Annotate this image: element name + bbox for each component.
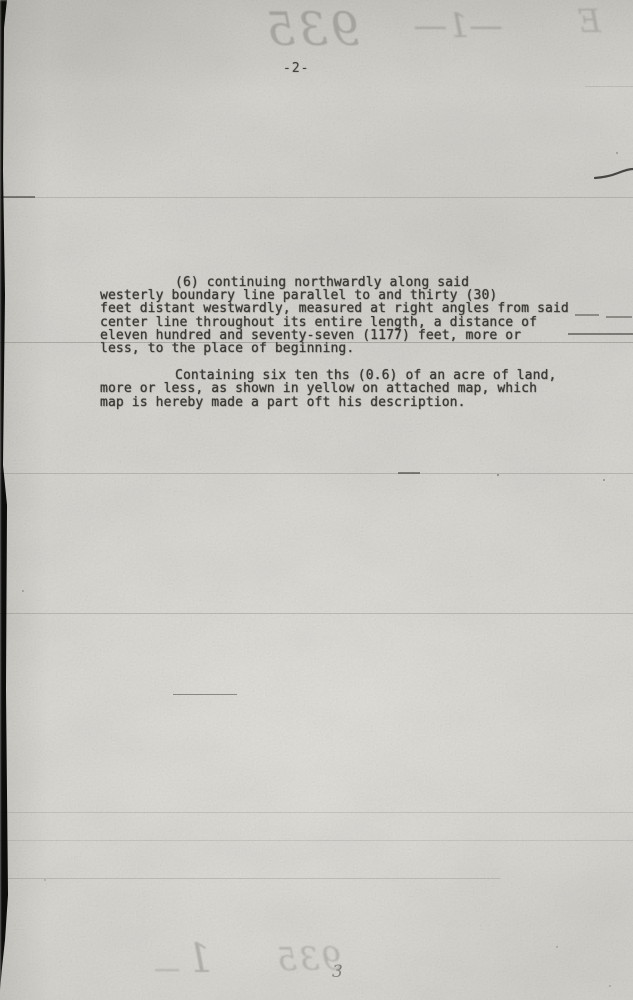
crease-line xyxy=(0,878,500,879)
speck xyxy=(44,879,46,881)
bleed-through-bottom: 935 1 — xyxy=(130,936,410,998)
typed-line: map is hereby made a part oft his descri… xyxy=(100,396,580,409)
bleed-letter: E xyxy=(578,2,601,40)
typed-line: feet distant westwardly, measured at rig… xyxy=(100,302,580,315)
typed-line: center line throughout its entire length… xyxy=(100,316,580,329)
scanned-document-page: E —1— 935 -2- (6) continuing northwardly… xyxy=(0,0,633,1000)
speck xyxy=(556,946,558,948)
bleed-dash-number: —1— xyxy=(413,6,503,46)
bleed-small-digit: 3 xyxy=(332,962,343,982)
crease-line xyxy=(0,840,633,841)
crease-mark xyxy=(173,694,237,695)
speck xyxy=(609,985,611,987)
speck xyxy=(603,479,605,481)
page-number: -2- xyxy=(283,61,309,76)
crease-mark xyxy=(606,316,632,318)
bleed-number: 935 xyxy=(275,940,342,978)
crease-line xyxy=(585,86,633,87)
crease-line xyxy=(0,613,633,614)
typed-line: less, to the place of beginning. xyxy=(100,342,580,355)
bleed-stroke: 1 xyxy=(187,936,212,982)
speck xyxy=(497,474,499,476)
crease-line xyxy=(0,197,633,198)
speck xyxy=(22,590,24,592)
typewritten-text: (6) continuing northwardly along said we… xyxy=(100,276,580,409)
crease-line xyxy=(0,473,633,474)
paper-texture xyxy=(0,0,633,1000)
bleed-through-top: E —1— 935 xyxy=(245,0,615,60)
left-edge-scan-shadow xyxy=(0,0,12,1000)
paper-mottling xyxy=(0,0,633,1000)
crease-mark xyxy=(398,472,420,474)
bleed-number: 935 xyxy=(263,2,360,56)
typed-line: more or less, as shown in yellow on atta… xyxy=(100,382,580,395)
crease-mark xyxy=(1,196,35,198)
crease-line xyxy=(0,812,633,813)
paragraph-legal-description: (6) continuing northwardly along said we… xyxy=(100,276,580,355)
bleed-dash: — xyxy=(154,954,180,984)
paragraph-acreage: Containing six ten ths (0.6) of an acre … xyxy=(100,369,580,409)
pen-mark xyxy=(594,166,633,182)
speck xyxy=(616,152,618,154)
